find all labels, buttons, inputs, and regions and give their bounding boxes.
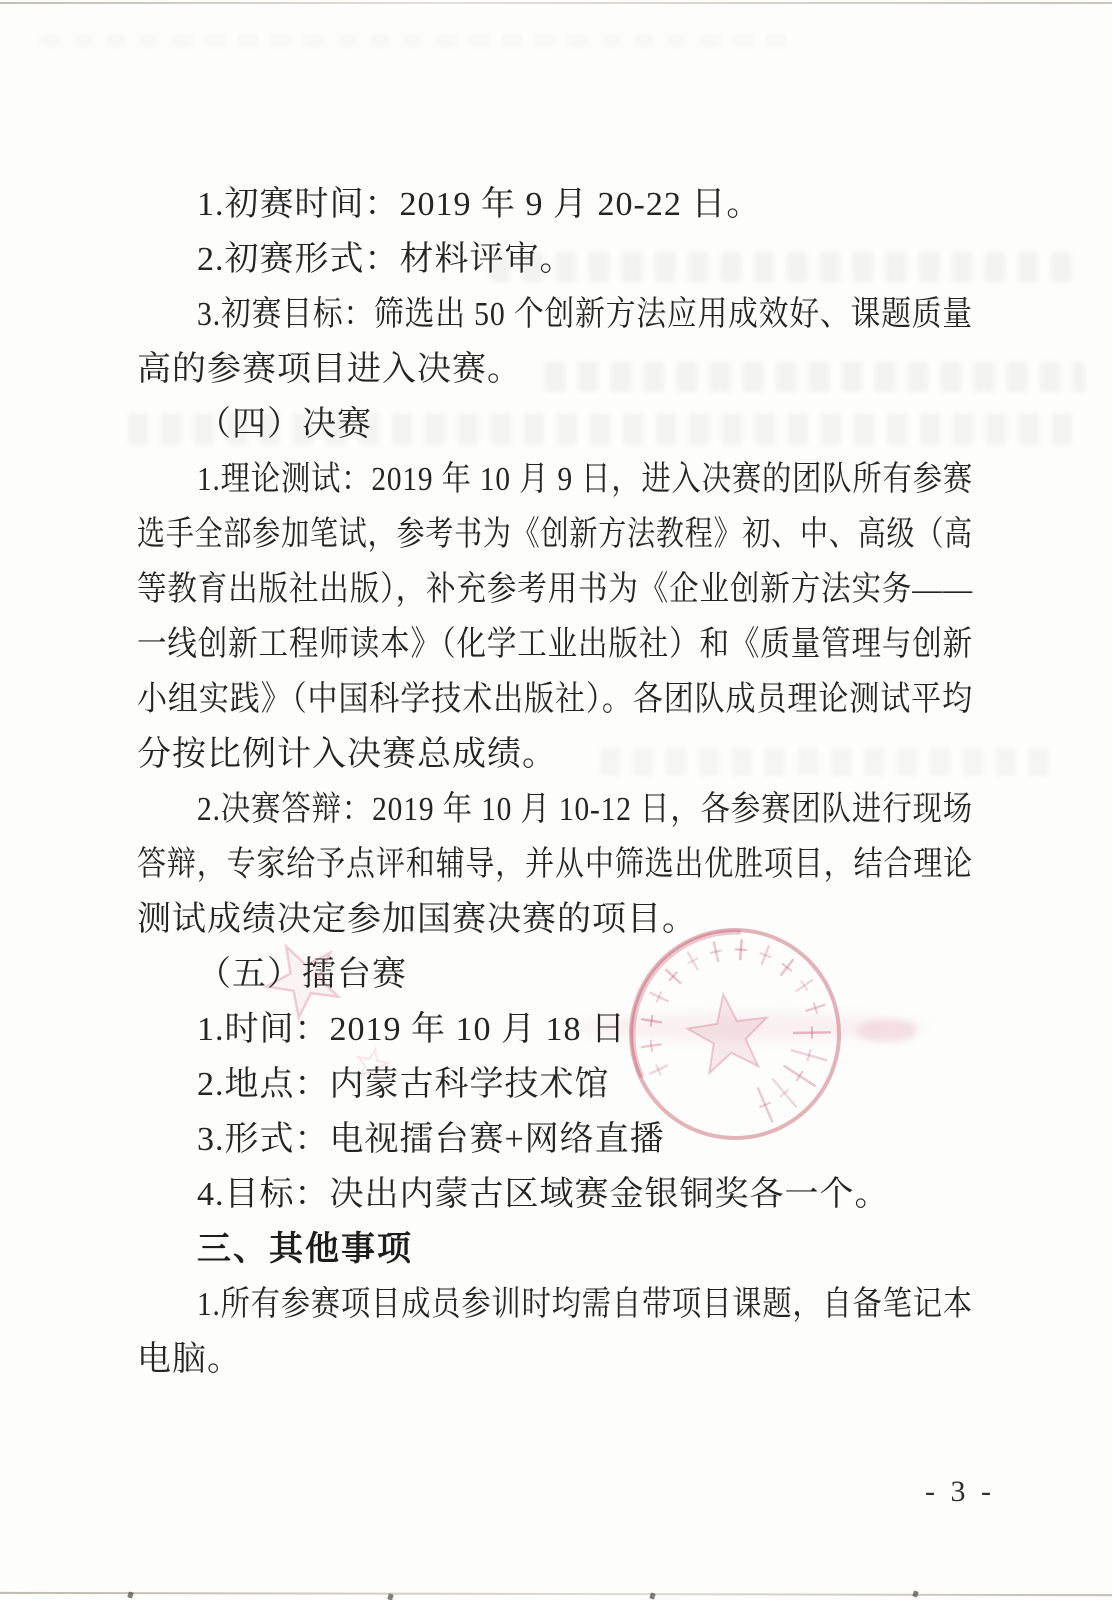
text-line: 2.初赛形式：材料评审。 — [137, 232, 973, 287]
text-line: 1.所有参赛项目成员参训时均需自带项目课题，自备笔记本 — [137, 1277, 973, 1332]
text-line-content: 3.初赛目标：筛选出 50 个创新方法应用成效好、课题质量 — [197, 287, 973, 342]
text-line-content: 小组实践》（中国科学技术出版社）。各团队成员理论测试平均 — [137, 672, 973, 727]
text-line-content: 高的参赛项目进入决赛。 — [137, 342, 522, 397]
text-line-content: 3.形式：电视擂台赛+网络直播 — [197, 1112, 665, 1167]
text-line: 1.理论测试：2019 年 10 月 9 日，进入决赛的团队所有参赛 — [137, 452, 973, 507]
text-line-content: 4.目标：决出内蒙古区域赛金银铜奖各一个。 — [197, 1167, 890, 1222]
text-line-content: 一线创新工程师读本》（化学工业出版社）和《质量管理与创新 — [137, 617, 973, 672]
text-line-content: 1.理论测试：2019 年 10 月 9 日，进入决赛的团队所有参赛 — [197, 452, 973, 507]
text-line: 等教育出版社出版），补充参考用书为《企业创新方法实务—— — [137, 562, 973, 617]
text-line: 1.时间：2019 年 10 月 18 日 — [137, 1002, 973, 1057]
scan-speck — [649, 1592, 656, 1599]
text-line: （五）擂台赛 — [137, 947, 973, 1002]
text-line-content: 电脑。 — [137, 1332, 242, 1387]
text-line: 小组实践》（中国科学技术出版社）。各团队成员理论测试平均 — [137, 672, 973, 727]
scan-bottom-edge — [0, 1592, 1112, 1596]
document-page: 1.初赛时间：2019 年 9 月 20-22 日。2.初赛形式：材料评审。3.… — [0, 0, 1112, 1600]
text-line: 一线创新工程师读本》（化学工业出版社）和《质量管理与创新 — [137, 617, 973, 672]
scan-speck — [912, 1590, 919, 1597]
page-number: - 3 - — [905, 1472, 1015, 1512]
text-line: 1.初赛时间：2019 年 9 月 20-22 日。 — [137, 177, 973, 232]
text-line-content: 选手全部参加笔试，参考书为《创新方法教程》初、中、高级（高 — [137, 507, 973, 562]
text-line-content: （五）擂台赛 — [197, 947, 407, 1002]
text-line-content: 2.决赛答辩：2019 年 10 月 10-12 日，各参赛团队进行现场 — [197, 782, 973, 837]
text-line-content: 分按比例计入决赛总成绩。 — [137, 727, 557, 782]
section-heading: 三、其他事项 — [137, 1222, 973, 1277]
document-body: 1.初赛时间：2019 年 9 月 20-22 日。2.初赛形式：材料评审。3.… — [137, 177, 973, 1387]
text-line: 测试成绩决定参加国赛决赛的项目。 — [137, 892, 973, 947]
scan-speck — [387, 1593, 394, 1600]
text-line: 2.决赛答辩：2019 年 10 月 10-12 日，各参赛团队进行现场 — [137, 782, 973, 837]
scan-speck — [127, 1591, 134, 1598]
text-line-content: 三、其他事项 — [197, 1222, 413, 1277]
bleedthrough-ghost-text — [40, 34, 800, 47]
text-line: 3.形式：电视擂台赛+网络直播 — [137, 1112, 973, 1167]
text-line: （四）决赛 — [137, 397, 973, 452]
text-line-content: 等教育出版社出版），补充参考用书为《企业创新方法实务—— — [137, 562, 973, 617]
text-line-content: 2.初赛形式：材料评审。 — [197, 232, 575, 287]
text-line-content: 1.所有参赛项目成员参训时均需自带项目课题，自备笔记本 — [197, 1277, 973, 1332]
text-line-content: 1.时间：2019 年 10 月 18 日 — [197, 1002, 626, 1057]
text-line: 分按比例计入决赛总成绩。 — [137, 727, 973, 782]
text-line: 答辩，专家给予点评和辅导，并从中筛选出优胜项目，结合理论 — [137, 837, 973, 892]
text-line: 4.目标：决出内蒙古区域赛金银铜奖各一个。 — [137, 1167, 973, 1222]
scan-top-edge — [0, 2, 1112, 4]
text-line-content: 测试成绩决定参加国赛决赛的项目。 — [137, 892, 697, 947]
text-line: 高的参赛项目进入决赛。 — [137, 342, 973, 397]
text-line-content: 1.初赛时间：2019 年 9 月 20-22 日。 — [197, 177, 761, 232]
text-line: 电脑。 — [137, 1332, 973, 1387]
text-line: 2.地点：内蒙古科学技术馆 — [137, 1057, 973, 1112]
text-line: 选手全部参加笔试，参考书为《创新方法教程》初、中、高级（高 — [137, 507, 973, 562]
text-line-content: （四）决赛 — [197, 397, 372, 452]
text-line-content: 答辩，专家给予点评和辅导，并从中筛选出优胜项目，结合理论 — [137, 837, 973, 892]
text-line-content: 2.地点：内蒙古科学技术馆 — [197, 1057, 610, 1112]
text-line: 3.初赛目标：筛选出 50 个创新方法应用成效好、课题质量 — [137, 287, 973, 342]
